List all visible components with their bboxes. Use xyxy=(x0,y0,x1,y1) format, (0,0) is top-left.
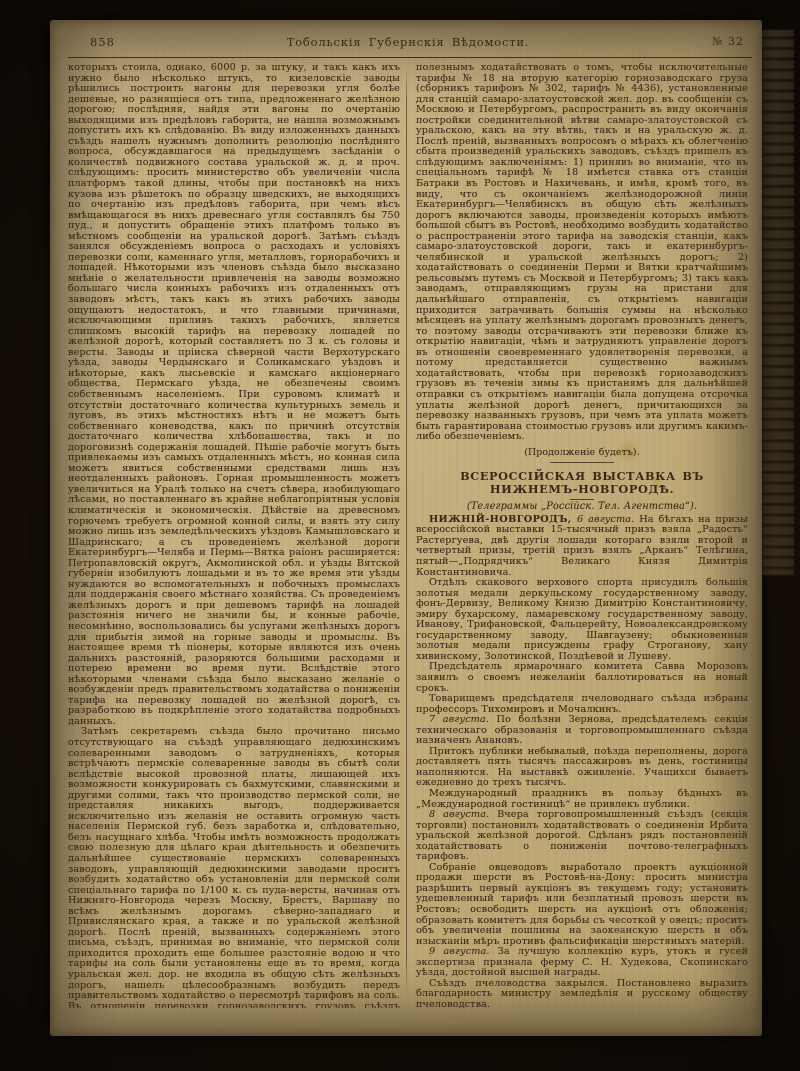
to-be-continued-note: (Продолженіе будетъ). xyxy=(416,448,748,459)
body-paragraph: Международный праздникъ въ пользу бѣдных… xyxy=(416,789,748,810)
text-segment: Предсѣдатель ярмарочнаго комитета Савва … xyxy=(416,661,748,693)
body-paragraph: Притокъ публики небывалый, поѣзда перепо… xyxy=(416,747,748,789)
telegrams-source-line: (Телеграммы „Россійск. Тел. Агентства“). xyxy=(416,502,748,513)
adjacent-page-edge-fragments xyxy=(762,30,794,575)
text-segment: 8 августа. xyxy=(429,809,497,820)
body-paragraph: Съѣздъ пчеловодства закрылся. Постановле… xyxy=(416,979,748,1008)
header-rule xyxy=(68,57,752,59)
text-segment: На бѣгахъ на призы всероссійской выставк… xyxy=(416,514,748,578)
body-paragraph: которыхъ стоила, однако, 6000 р. за штук… xyxy=(68,63,400,727)
newspaper-scan: 858 Тобольскія Губернскія Вѣдомости. № 3… xyxy=(0,0,800,1071)
text-segment: которыхъ стоила, однако, 6000 р. за штук… xyxy=(68,63,400,727)
body-paragraph: 8 августа. Вчера торговопромышленный съѣ… xyxy=(416,810,748,863)
body-paragraph: Собраніе овцеводовъ выработало проектъ а… xyxy=(416,863,748,947)
body-paragraph: полезнымъ ходатайствовать о томъ, чтобы … xyxy=(416,63,748,443)
text-segment: ВСЕРОССІЙСКАЯ ВЫСТАВКА ВЪ НИЖНЕМЪ-НОВГОР… xyxy=(460,469,704,496)
text-segment: Товарищемъ предсѣдателя пчеловоднаго съѣ… xyxy=(416,693,748,715)
text-segment: Собраніе овцеводовъ выработало проектъ а… xyxy=(416,862,748,947)
text-segment: Съѣздъ пчеловодства закрылся. Постановле… xyxy=(416,978,748,1008)
issue-number: № 32 xyxy=(712,35,744,48)
page-header: 858 Тобольскія Губернскія Вѣдомости. № 3… xyxy=(68,32,748,54)
body-paragraph: Товарищемъ предсѣдателя пчеловоднаго съѣ… xyxy=(416,694,748,715)
newspaper-page: 858 Тобольскія Губернскія Вѣдомости. № 3… xyxy=(50,20,762,1036)
newspaper-title: Тобольскія Губернскія Вѣдомости. xyxy=(68,35,748,49)
text-segment: 7 августа. xyxy=(429,714,497,725)
section-divider xyxy=(550,462,614,463)
body-paragraph: Отдѣлъ скакового верхового спорта присуд… xyxy=(416,578,748,662)
right-column: полезнымъ ходатайствовать о томъ, чтобы … xyxy=(416,63,748,1008)
text-segment: Притокъ публики небывалый, поѣзда перепо… xyxy=(416,746,748,789)
body-paragraph: Предсѣдатель ярмарочнаго комитета Савва … xyxy=(416,662,748,694)
text-segment: (Телеграммы „Россійск. Тел. Агентства“). xyxy=(467,501,697,512)
body-paragraph: 9 августа. За лучшую коллекцію куръ, уто… xyxy=(416,947,748,979)
body-paragraph: НИЖНІЙ-НОВГОРОДЪ, 6 августа. На бѣгахъ н… xyxy=(416,515,748,578)
body-paragraph: Затѣмъ секретаремъ съѣзда было прочитано… xyxy=(68,727,400,1008)
text-segment: Международный праздникъ въ пользу бѣдных… xyxy=(416,788,748,810)
left-column: которыхъ стоила, однако, 6000 р. за штук… xyxy=(68,63,400,1008)
section-heading: ВСЕРОССІЙСКАЯ ВЫСТАВКА ВЪ НИЖНЕМЪ-НОВГОР… xyxy=(416,470,748,496)
text-segment: 9 августа. xyxy=(429,946,498,957)
text-segment: Отдѣлъ скакового верхового спорта присуд… xyxy=(416,577,748,662)
text-segment: Затѣмъ секретаремъ съѣзда было прочитано… xyxy=(68,726,400,1008)
page-body: которыхъ стоила, однако, 6000 р. за штук… xyxy=(68,63,748,1008)
text-segment: (Продолженіе будетъ). xyxy=(524,447,640,458)
column-divider xyxy=(406,65,407,994)
body-paragraph: 7 августа. По болѣзни Зернова, предсѣдат… xyxy=(416,715,748,747)
text-segment: полезнымъ ходатайствовать о томъ, чтобы … xyxy=(416,63,748,442)
